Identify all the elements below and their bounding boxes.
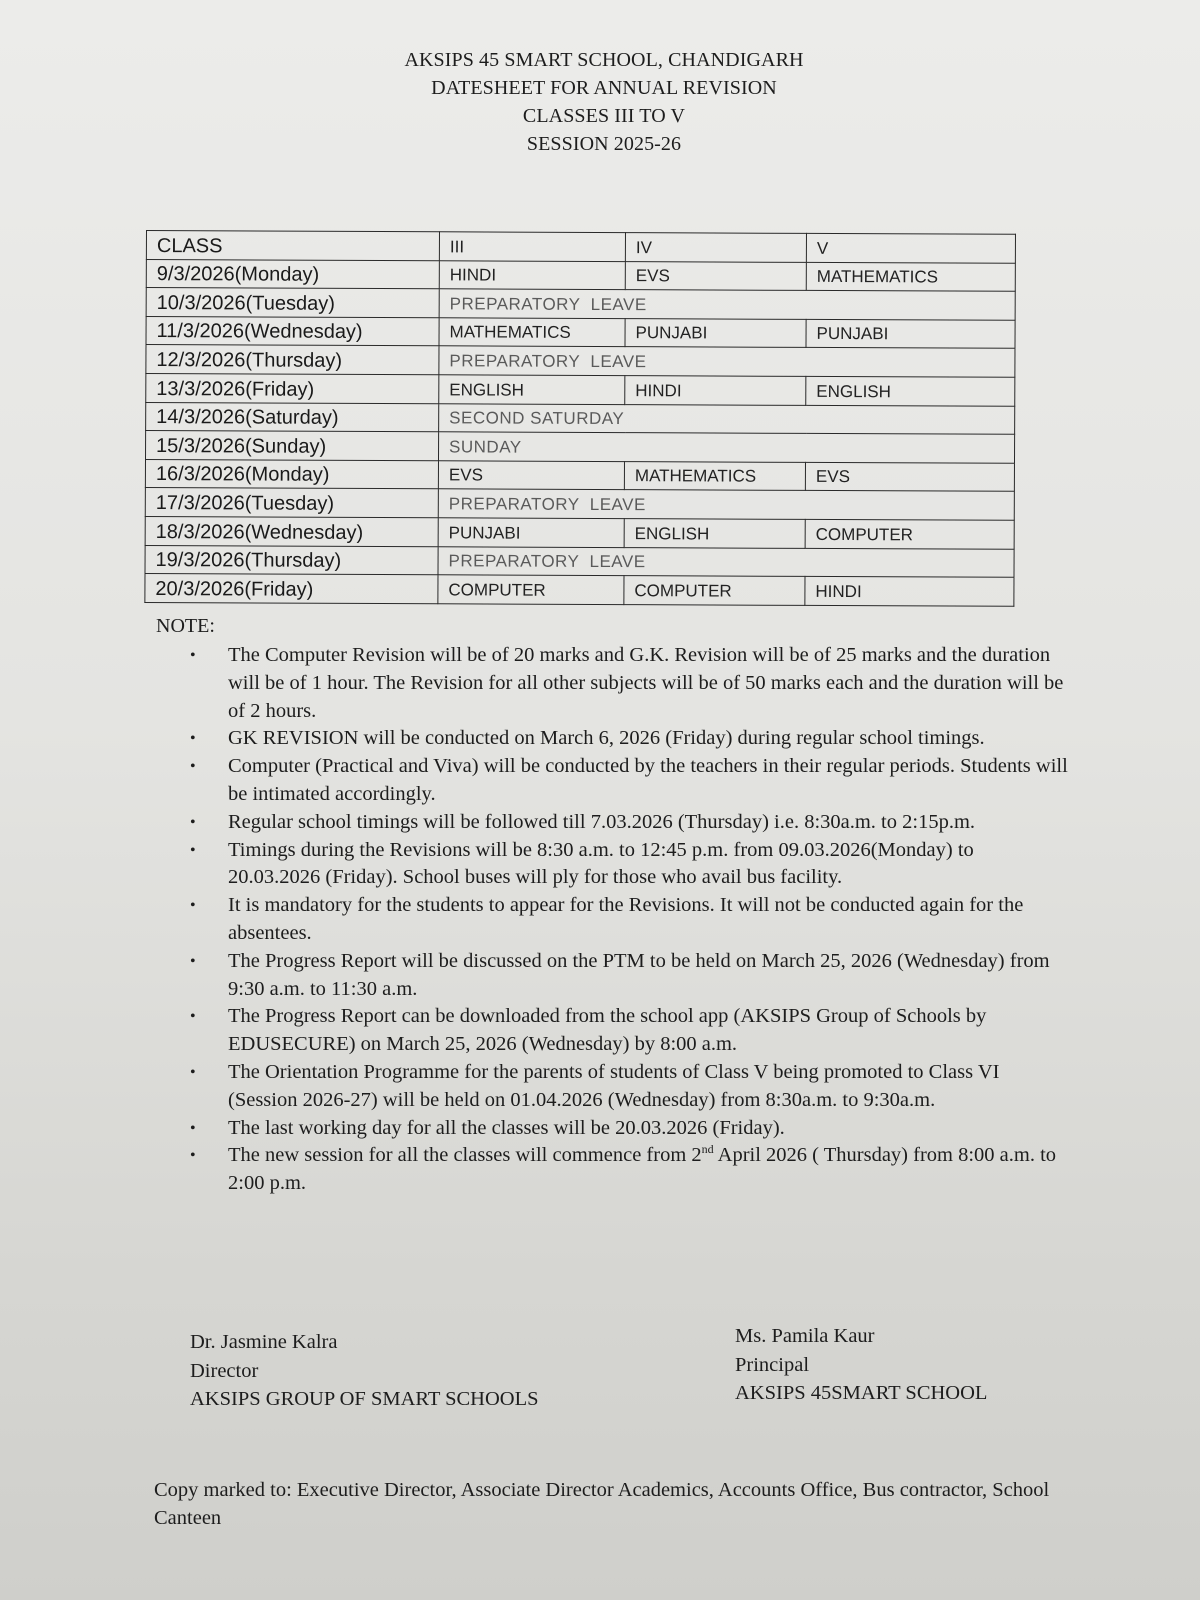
date-cell: 15/3/2026(Sunday) bbox=[145, 431, 438, 461]
date-cell: 18/3/2026(Wednesday) bbox=[145, 516, 438, 546]
merged-note-cell: PREPARATORY LEAVE bbox=[439, 289, 1015, 320]
principal-name: Ms. Pamila Kaur bbox=[735, 1322, 987, 1351]
header-class: CLASS bbox=[146, 231, 439, 261]
subject-cell: EVS bbox=[438, 461, 624, 490]
table-row: 9/3/2026(Monday)HINDIEVSMATHEMATICS bbox=[146, 259, 1015, 291]
date-cell: 16/3/2026(Monday) bbox=[145, 459, 438, 489]
date-cell: 19/3/2026(Thursday) bbox=[145, 545, 438, 575]
ordinal-suffix: nd bbox=[702, 1143, 714, 1157]
bullet-icon: • bbox=[190, 837, 196, 865]
bullet-icon: • bbox=[190, 948, 196, 976]
note-text: GK REVISION will be conducted on March 6… bbox=[228, 727, 985, 749]
date-cell: 20/3/2026(Friday) bbox=[145, 574, 438, 604]
table-row: 17/3/2026(Tuesday)PREPARATORY LEAVE bbox=[145, 488, 1014, 520]
merged-note-cell: PREPARATORY LEAVE bbox=[438, 546, 1014, 577]
note-item: •It is mandatory for the students to app… bbox=[190, 892, 1070, 948]
subject-cell: COMPUTER bbox=[438, 575, 624, 604]
signature-director: Dr. Jasmine Kalra Director AKSIPS GROUP … bbox=[190, 1328, 539, 1414]
bullet-icon: • bbox=[190, 1142, 196, 1170]
subject-cell: ENGLISH bbox=[624, 519, 805, 548]
subject-cell: PUNJABI bbox=[438, 518, 624, 547]
table-row: 10/3/2026(Tuesday)PREPARATORY LEAVE bbox=[146, 288, 1015, 320]
note-item: •The new session for all the classes wil… bbox=[190, 1142, 1070, 1198]
table-row: 18/3/2026(Wednesday)PUNJABIENGLISHCOMPUT… bbox=[145, 516, 1014, 548]
date-cell: 13/3/2026(Friday) bbox=[146, 373, 439, 403]
bullet-icon: • bbox=[190, 809, 196, 837]
subject-cell: COMPUTER bbox=[805, 519, 1014, 549]
document-title: DATESHEET FOR ANNUAL REVISION bbox=[0, 74, 1200, 102]
subject-cell: EVS bbox=[625, 261, 806, 290]
notes-list: •The Computer Revision will be of 20 mar… bbox=[190, 642, 1070, 1198]
header-class-v: V bbox=[806, 233, 1015, 263]
note-item: •Computer (Practical and Viva) will be c… bbox=[190, 753, 1070, 809]
bullet-icon: • bbox=[190, 1003, 196, 1031]
bullet-icon: • bbox=[190, 892, 196, 920]
copy-marked-to: Copy marked to: Executive Director, Asso… bbox=[154, 1476, 1104, 1532]
note-item: •GK REVISION will be conducted on March … bbox=[190, 725, 1070, 753]
note-text: Regular school timings will be followed … bbox=[228, 811, 975, 833]
subject-cell: ENGLISH bbox=[439, 375, 625, 404]
subject-cell: MATHEMATICS bbox=[624, 461, 805, 490]
note-item: •The Orientation Programme for the paren… bbox=[190, 1059, 1070, 1115]
school-name: AKSIPS 45 SMART SCHOOL, CHANDIGARH bbox=[0, 46, 1200, 74]
note-text: Computer (Practical and Viva) will be co… bbox=[228, 755, 1068, 805]
principal-org: AKSIPS 45SMART SCHOOL bbox=[735, 1379, 987, 1408]
classes-label: CLASSES III TO V bbox=[0, 102, 1200, 130]
note-text: The Progress Report will be discussed on… bbox=[228, 950, 1050, 1000]
subject-cell: EVS bbox=[805, 462, 1014, 492]
date-cell: 11/3/2026(Wednesday) bbox=[146, 316, 439, 346]
subject-cell: PUNJABI bbox=[806, 319, 1015, 349]
subject-cell: HINDI bbox=[805, 577, 1014, 607]
document-header: AKSIPS 45 SMART SCHOOL, CHANDIGARH DATES… bbox=[0, 46, 1200, 158]
note-text: Timings during the Revisions will be 8:3… bbox=[228, 839, 974, 889]
bullet-icon: • bbox=[190, 1059, 196, 1087]
note-item: •The Progress Report will be discussed o… bbox=[190, 948, 1070, 1004]
header-class-iii: III bbox=[439, 232, 625, 261]
subject-cell: MATHEMATICS bbox=[439, 318, 625, 347]
note-text: The Computer Revision will be of 20 mark… bbox=[228, 644, 1063, 722]
subject-cell: COMPUTER bbox=[624, 576, 805, 605]
signature-principal: Ms. Pamila Kaur Principal AKSIPS 45SMART… bbox=[735, 1322, 987, 1408]
date-cell: 14/3/2026(Saturday) bbox=[146, 402, 439, 432]
subject-cell: HINDI bbox=[439, 260, 625, 289]
note-label: NOTE: bbox=[156, 614, 215, 638]
datesheet-table: CLASS III IV V 9/3/2026(Monday)HINDIEVSM… bbox=[144, 230, 1016, 607]
note-text: The Orientation Programme for the parent… bbox=[228, 1061, 999, 1111]
bullet-icon: • bbox=[190, 753, 196, 781]
session-label: SESSION 2025-26 bbox=[0, 130, 1200, 158]
bullet-icon: • bbox=[190, 725, 196, 753]
subject-cell: PUNJABI bbox=[625, 318, 806, 347]
subject-cell: HINDI bbox=[625, 376, 806, 405]
note-item: •The Computer Revision will be of 20 mar… bbox=[190, 642, 1070, 725]
subject-cell: ENGLISH bbox=[806, 376, 1015, 406]
merged-note-cell: SUNDAY bbox=[438, 432, 1014, 463]
table-row: 19/3/2026(Thursday)PREPARATORY LEAVE bbox=[145, 545, 1014, 577]
table-row: 20/3/2026(Friday)COMPUTERCOMPUTERHINDI bbox=[145, 574, 1014, 606]
note-text: The last working day for all the classes… bbox=[228, 1117, 785, 1139]
date-cell: 12/3/2026(Thursday) bbox=[146, 345, 439, 375]
note-item: •The Progress Report can be downloaded f… bbox=[190, 1003, 1070, 1059]
date-cell: 9/3/2026(Monday) bbox=[146, 259, 439, 289]
note-text: The Progress Report can be downloaded fr… bbox=[228, 1005, 986, 1055]
subject-cell: MATHEMATICS bbox=[806, 262, 1015, 292]
bullet-icon: • bbox=[190, 642, 196, 670]
table-row: 15/3/2026(Sunday)SUNDAY bbox=[145, 431, 1014, 463]
director-title: Director bbox=[190, 1357, 539, 1386]
date-cell: 17/3/2026(Tuesday) bbox=[145, 488, 438, 518]
date-cell: 10/3/2026(Tuesday) bbox=[146, 288, 439, 318]
table-row: 16/3/2026(Monday)EVSMATHEMATICSEVS bbox=[145, 459, 1014, 491]
note-text: It is mandatory for the students to appe… bbox=[228, 894, 1023, 944]
note-item: •The last working day for all the classe… bbox=[190, 1115, 1070, 1143]
merged-note-cell: PREPARATORY LEAVE bbox=[439, 346, 1015, 377]
table-row: 14/3/2026(Saturday)SECOND SATURDAY bbox=[146, 402, 1015, 434]
note-item: •Regular school timings will be followed… bbox=[190, 809, 1070, 837]
note-item: •Timings during the Revisions will be 8:… bbox=[190, 837, 1070, 893]
merged-note-cell: SECOND SATURDAY bbox=[439, 403, 1015, 434]
header-class-iv: IV bbox=[625, 233, 806, 262]
table-header-row: CLASS III IV V bbox=[146, 231, 1015, 263]
principal-title: Principal bbox=[735, 1351, 987, 1380]
director-org: AKSIPS GROUP OF SMART SCHOOLS bbox=[190, 1385, 539, 1414]
table-row: 11/3/2026(Wednesday)MATHEMATICSPUNJABIPU… bbox=[146, 316, 1015, 348]
note-text: The new session for all the classes will… bbox=[228, 1144, 702, 1166]
merged-note-cell: PREPARATORY LEAVE bbox=[438, 489, 1014, 520]
document-page: AKSIPS 45 SMART SCHOOL, CHANDIGARH DATES… bbox=[0, 0, 1200, 1600]
director-name: Dr. Jasmine Kalra bbox=[190, 1328, 539, 1357]
table-row: 13/3/2026(Friday)ENGLISHHINDIENGLISH bbox=[146, 373, 1015, 405]
table-row: 12/3/2026(Thursday)PREPARATORY LEAVE bbox=[146, 345, 1015, 377]
bullet-icon: • bbox=[190, 1115, 196, 1143]
